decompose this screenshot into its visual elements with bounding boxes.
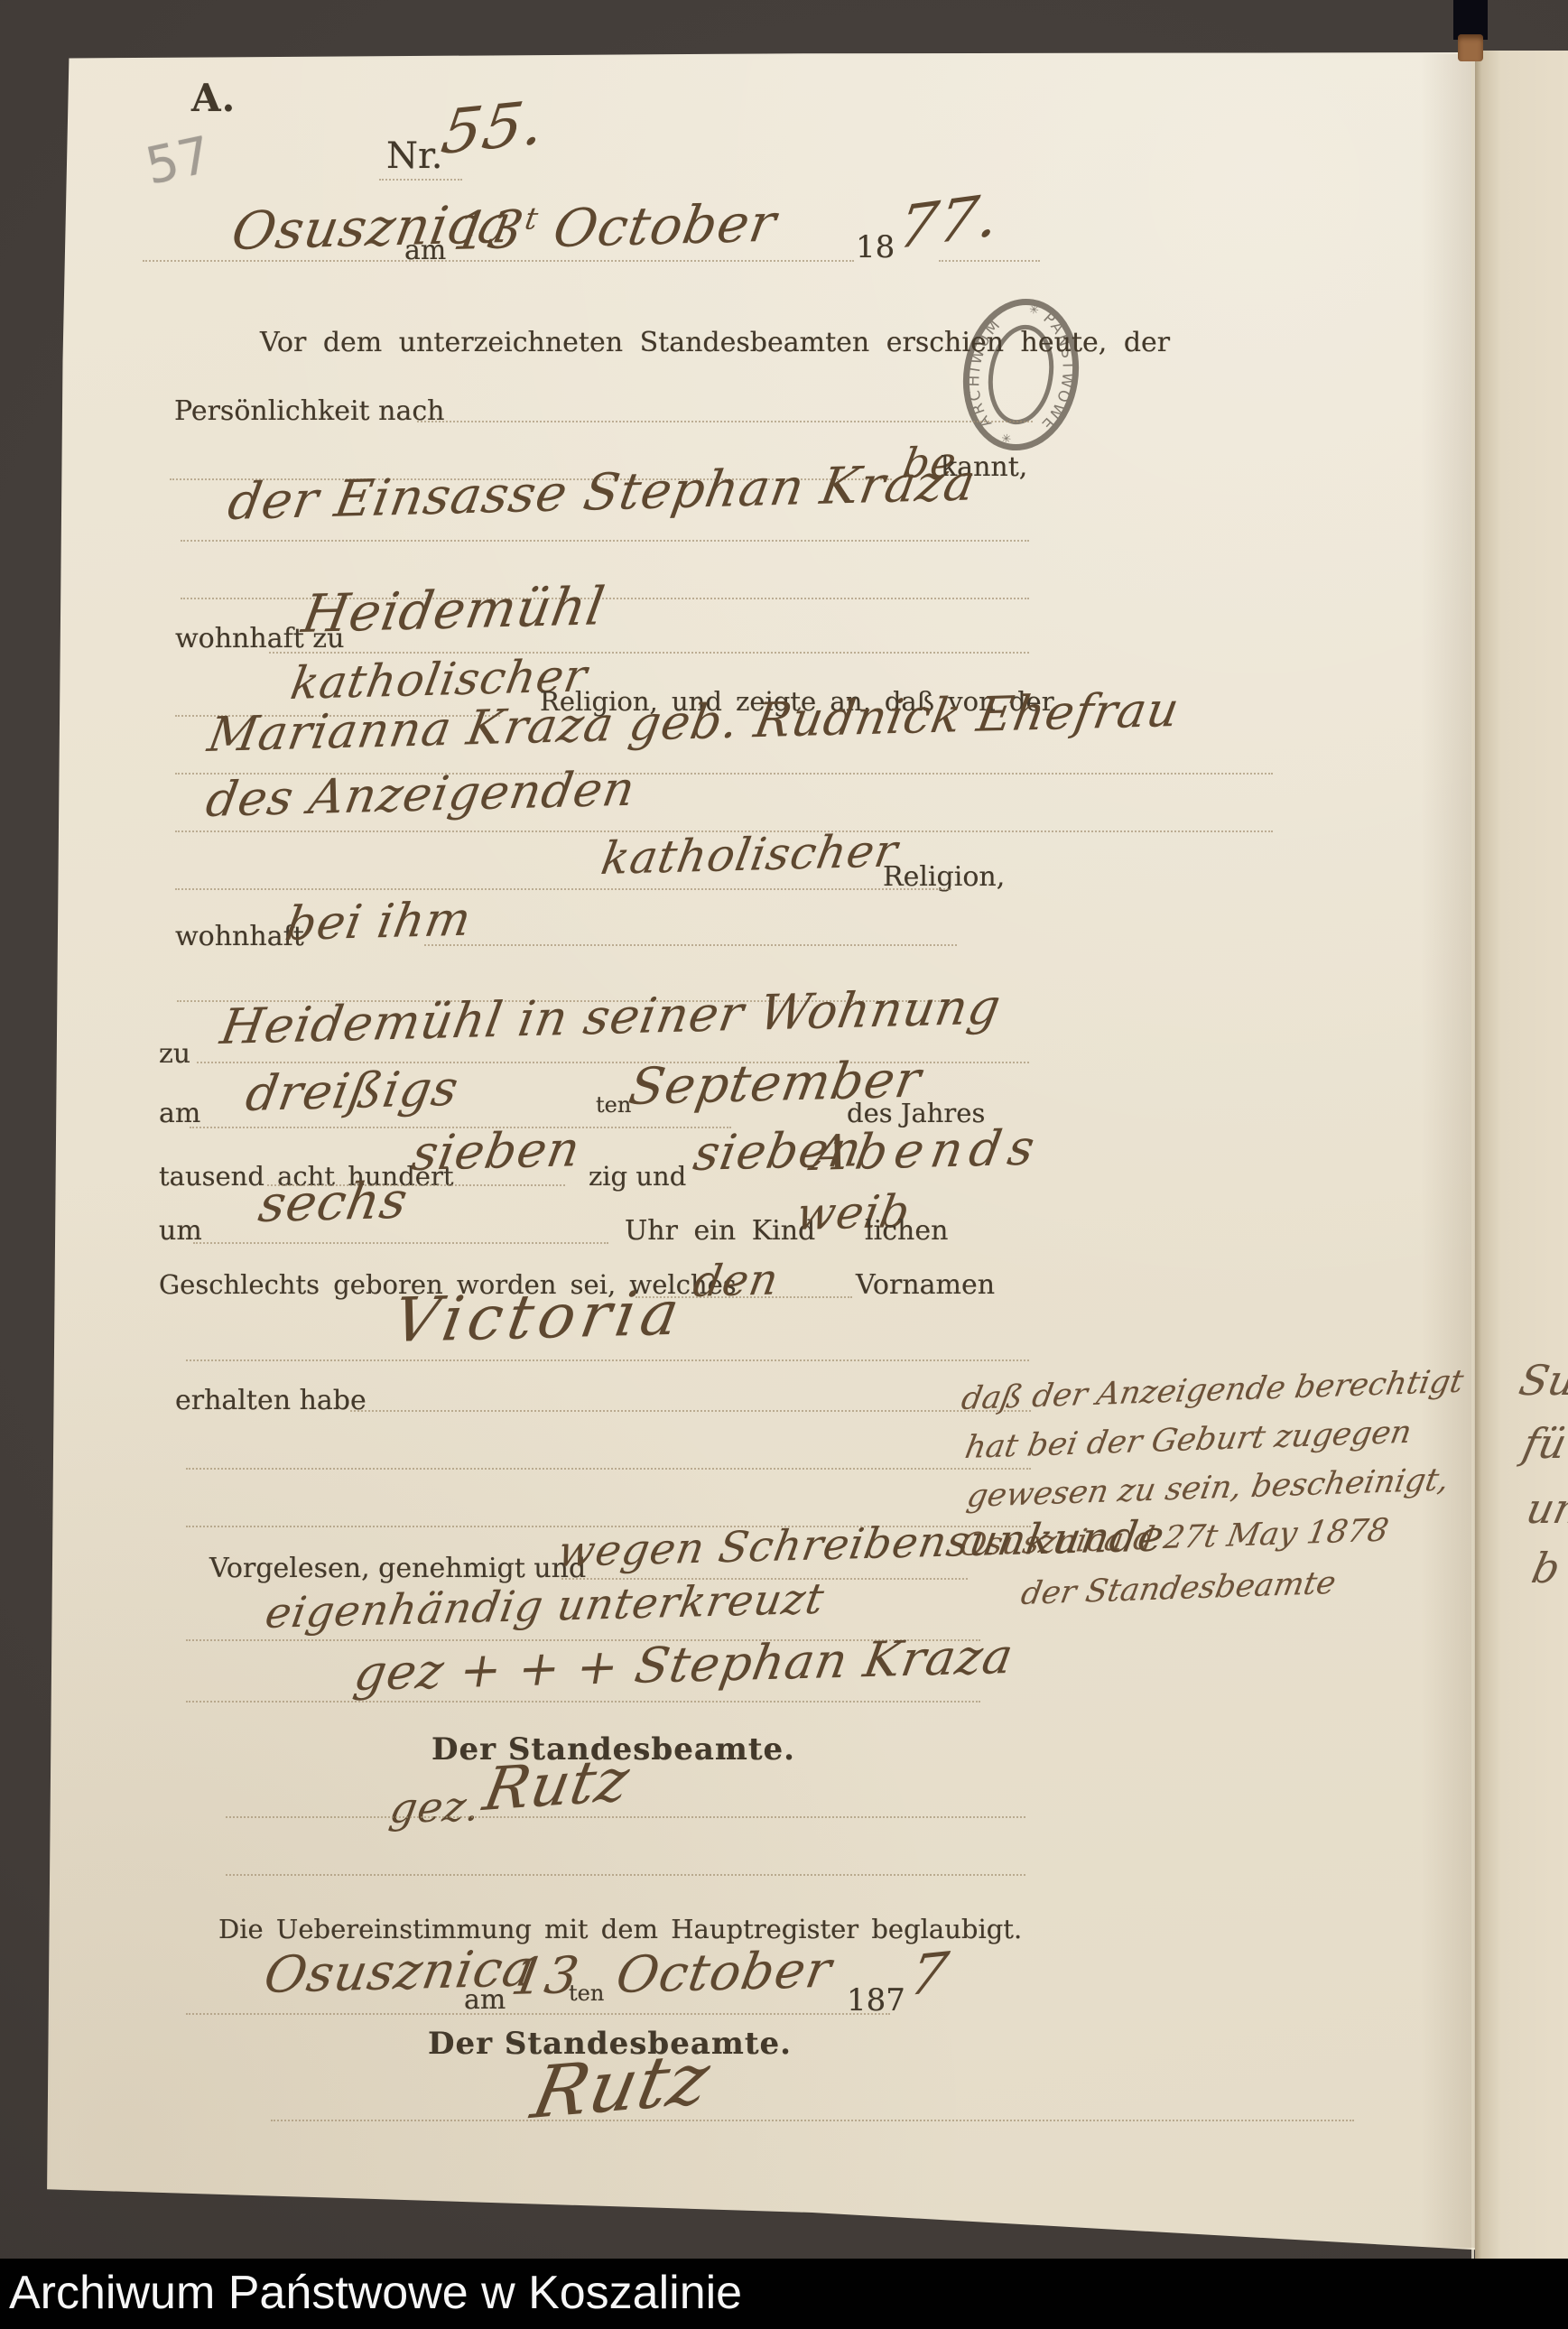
residence-handwritten: Heidemühl: [298, 575, 609, 645]
rule: [271, 2120, 1354, 2121]
vornamen-label: Vornamen: [856, 1269, 995, 1301]
rule: [175, 888, 951, 890]
binding-thread: [1458, 34, 1483, 61]
rule: [350, 1410, 1031, 1412]
cert-am-label: am: [464, 1984, 506, 2016]
registrar-signature: Rutz: [478, 1745, 636, 1824]
religion2-handwritten: katholischer: [598, 824, 902, 885]
document-scan: A. 57 Nr. 55. Osusznica am 13t October 1…: [0, 0, 1568, 2329]
rule: [939, 260, 1040, 262]
cert-year-printed: 187: [847, 1982, 905, 2018]
cert-ten-label: ten: [569, 1981, 604, 2006]
zu-label: zu: [159, 1038, 190, 1070]
nr-label: Nr.: [386, 135, 442, 177]
daytime-handwritten: Abends: [809, 1118, 1045, 1182]
rule: [143, 260, 854, 262]
rule: [226, 1874, 1025, 1876]
archive-stamp: ARCHIWUM PAŃSTWOWE ✳ ✳: [942, 284, 1100, 464]
adjacent-page-edge: [1475, 51, 1568, 2259]
year-printed: 18: [856, 229, 895, 265]
rule: [379, 179, 462, 181]
mother-rel-handwritten: des Anzeigenden: [202, 762, 639, 828]
certification-line: Die Uebereinstimmung mit dem Hauptregist…: [218, 1914, 1022, 1944]
cert-month-handwritten: October: [612, 1941, 836, 2005]
bei-ihm-handwritten: bei ihm: [282, 893, 476, 951]
watermark-bar: Archiwum Państwowe w Koszalinie: [0, 2259, 1568, 2329]
fold-shadow: [1421, 54, 1475, 2248]
archive-watermark-text: Archiwum Państwowe w Koszalinie: [9, 2266, 742, 2320]
intro-line: Vor dem unterzeichneten Standesbeamten e…: [260, 327, 1170, 358]
nr-value-handwritten: 55.: [437, 88, 550, 169]
birth-day-handwritten: dreißigs: [242, 1060, 463, 1122]
erhalten-habe-label: erhalten habe: [175, 1385, 366, 1416]
rule: [269, 652, 1029, 654]
decade-handwritten: sieben: [408, 1120, 585, 1182]
am2-label: am: [159, 1098, 200, 1129]
uhr-ein-kind-label: Uhr ein Kind: [625, 1215, 815, 1247]
rule: [181, 540, 1029, 542]
hour-handwritten: sechs: [255, 1172, 413, 1234]
rule: [186, 1701, 980, 1703]
zig-und-label: zig und: [589, 1161, 686, 1192]
rule: [186, 1468, 1031, 1470]
rule: [417, 421, 1033, 422]
date-day: 13: [450, 199, 529, 262]
rule: [193, 1242, 608, 1244]
date-handwritten: 13t October: [450, 192, 781, 262]
vorgelesen-label: Vorgelesen, genehmigt und: [209, 1553, 586, 1584]
lichen-label: lichen: [865, 1215, 948, 1247]
stamp-star-top: ✳: [1028, 303, 1040, 319]
adjacent-page-fragment: Su: [1515, 1356, 1568, 1405]
den-handwritten: den: [690, 1255, 783, 1307]
gez-handwritten: gez.: [386, 1781, 485, 1833]
form-letter: A.: [191, 76, 236, 120]
child-name-handwritten: Victoria: [388, 1278, 690, 1357]
rule: [186, 1359, 1029, 1361]
rule: [424, 944, 957, 946]
persoenlichkeit-label: Persönlichkeit nach: [174, 395, 444, 427]
rule: [186, 2013, 890, 2015]
date-month: October: [549, 192, 781, 259]
rule: [226, 1816, 1025, 1818]
